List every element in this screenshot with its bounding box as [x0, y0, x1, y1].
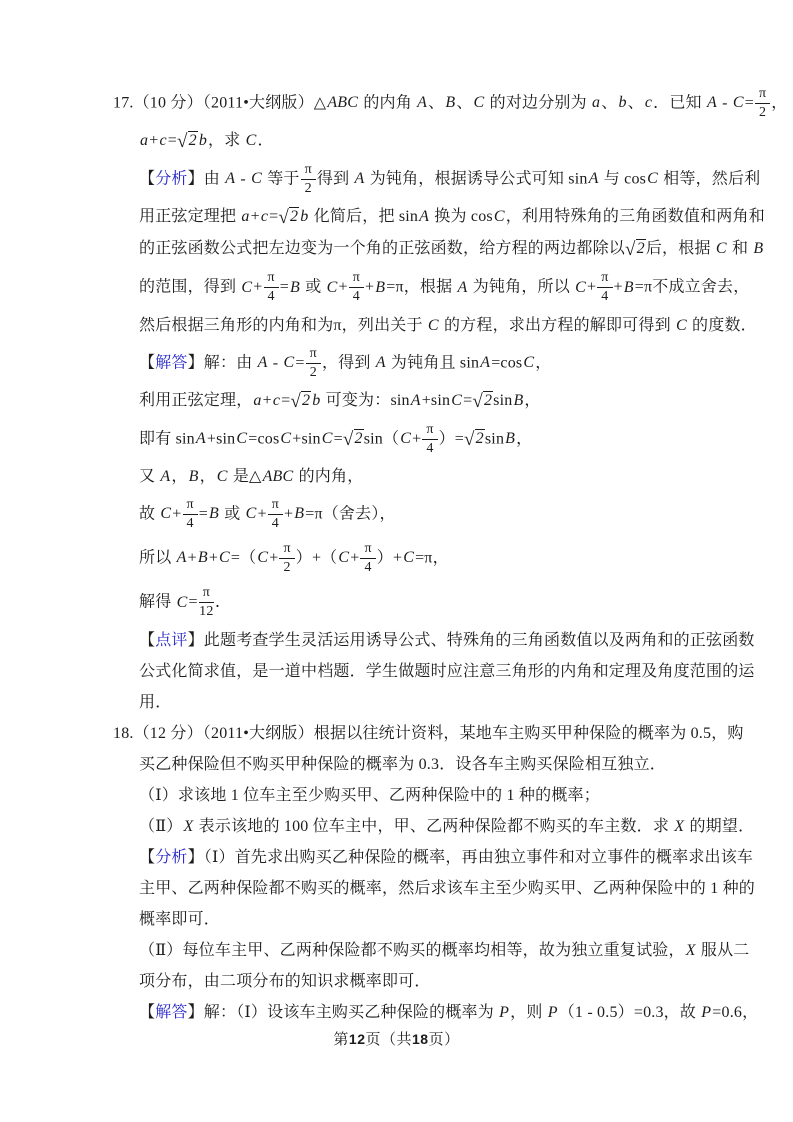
math-variable: A — [159, 468, 171, 485]
text-run: = — [168, 132, 177, 149]
math-variable: C — [715, 240, 728, 257]
fraction: π4 — [268, 497, 283, 532]
text-run: ． — [258, 132, 274, 149]
radicand: 2 — [289, 207, 299, 225]
text-run: 然后根据三角形的内角和为π，列出关于 — [139, 317, 427, 334]
text-line: 用正弦定理把 a+c=√2b 化简后，把 sinA 换为 cosC，利用特殊角的… — [113, 206, 698, 229]
text-run: ，求 — [208, 132, 245, 149]
math-variable: C — [283, 354, 296, 371]
section-label-text: 分析 — [155, 170, 187, 187]
text-run: ）= — [439, 430, 464, 447]
text-run: 用． — [139, 694, 171, 711]
math-variable: A — [176, 549, 188, 566]
math-variable: c — [260, 208, 269, 225]
text-line: 【分析】（Ⅰ）首先求出购买乙种保险的概率，再由独立事件和对立事件的概率求出该车 — [113, 847, 698, 869]
text-run: 和 — [728, 240, 753, 257]
text-run: ）+ — [377, 549, 402, 566]
square-root: √2 — [177, 132, 198, 149]
fraction-numerator: π — [349, 270, 364, 288]
math-variable: A — [375, 354, 387, 371]
text-run: + — [587, 279, 596, 296]
text-run: +sin — [292, 430, 321, 447]
text-line: 解得 C=π12． — [113, 585, 698, 620]
math-variable: B — [289, 279, 301, 296]
text-run: sin — [493, 392, 512, 409]
document-content: 17.（10 分）（2011•大纲版）△ABC 的内角 A、B、C 的对边分别为… — [113, 86, 698, 1033]
text-run: 利用正弦定理， — [139, 392, 252, 409]
square-root: √2 — [625, 240, 646, 257]
radicand: 2 — [475, 429, 485, 447]
fraction: π2 — [306, 346, 321, 381]
math-variable: C — [337, 549, 350, 566]
text-run: 解得 — [139, 594, 176, 611]
text-run: 的期望． — [685, 818, 754, 835]
fraction-numerator: π — [360, 541, 375, 559]
text-run: + — [253, 279, 262, 296]
math-variable: C — [732, 94, 745, 111]
text-run: 化简后，把 sin — [309, 208, 418, 225]
text-run: =π， — [415, 549, 449, 566]
text-run: = — [295, 354, 304, 371]
math-variable: B — [188, 468, 200, 485]
math-variable: B — [752, 240, 764, 257]
text-run: 】解：由 — [188, 354, 257, 371]
square-root: √2 — [472, 392, 493, 409]
fraction: π4 — [183, 497, 198, 532]
fraction: π4 — [360, 541, 375, 576]
footer-page-number: 12 — [349, 1031, 366, 1047]
fraction-denominator: 2 — [755, 104, 770, 121]
fraction-denominator: 2 — [279, 559, 294, 576]
math-variable: C — [473, 94, 486, 111]
fraction-denominator: 4 — [597, 288, 612, 305]
math-variable: B — [504, 430, 516, 447]
text-run: + — [284, 505, 293, 522]
text-line: 然后根据三角形的内角和为π，列出关于 C 的方程，求出方程的解即可得到 C 的度… — [113, 315, 698, 337]
text-line: （Ⅰ）求该地 1 位车主至少购买甲、乙两种保险中的 1 种的概率； — [113, 785, 698, 807]
fraction-denominator: 4 — [264, 288, 279, 305]
text-run: 买乙种保险但不购买甲种保险的概率为 0.3．设各车主购买保险相互独立． — [139, 756, 666, 773]
text-run: +sin — [207, 430, 236, 447]
text-run: =π不成立舍去， — [635, 279, 750, 296]
math-variable: b — [311, 392, 321, 409]
square-root: √2 — [290, 392, 311, 409]
text-line: 主甲、乙两种保险都不购买的概率，然后求该车主至少购买甲、乙两种保险中的 1 种的 — [113, 878, 698, 900]
math-variable: C — [216, 468, 229, 485]
fraction: π12 — [199, 585, 214, 620]
text-run: （Ⅰ）求该地 1 位车主至少购买甲、乙两种保险中的 1 种的概率； — [139, 787, 600, 804]
math-variable: C — [675, 317, 688, 334]
section-label-text: 解答 — [155, 354, 187, 371]
text-run: 与 cos — [600, 170, 647, 187]
text-run: + — [412, 430, 421, 447]
radicand: 2 — [354, 429, 364, 447]
text-line: 【解答】解：由 A - C=π2，得到 A 为钝角且 sinA=cosC， — [113, 346, 698, 381]
text-run: sin（ — [364, 430, 399, 447]
math-variable: C — [326, 279, 339, 296]
text-run: ， — [171, 468, 187, 485]
text-run: 的度数． — [688, 317, 757, 334]
text-run: 【 — [139, 849, 155, 866]
math-variable: C — [427, 317, 440, 334]
text-line: 17.（10 分）（2011•大纲版）△ABC 的内角 A、B、C 的对边分别为… — [113, 86, 698, 121]
text-line: 的范围，得到 C+π4=B 或 C+π4+B=π，根据 A 为钝角，所以 C+π… — [113, 270, 698, 305]
math-variable: A — [354, 170, 366, 187]
fraction-denominator: 4 — [349, 288, 364, 305]
radicand: 2 — [188, 131, 198, 149]
math-variable: C — [218, 549, 231, 566]
math-variable: C — [522, 354, 535, 371]
math-variable: a — [139, 132, 149, 149]
text-run: =（ — [231, 549, 256, 566]
math-variable: C — [493, 208, 506, 225]
text-run: 为钝角，所以 — [469, 279, 575, 296]
text-run: 主甲、乙两种保险都不购买的概率，然后求该车主至少购买甲、乙两种保险中的 1 种的 — [139, 880, 755, 897]
text-run: 【 — [139, 354, 155, 371]
math-variable: P — [700, 1004, 712, 1021]
text-run: +sin — [422, 392, 451, 409]
text-run: ）+（ — [296, 549, 338, 566]
radical-sign: √ — [290, 391, 301, 412]
text-run: 后，根据 — [646, 240, 715, 257]
text-run: 故 — [139, 505, 159, 522]
text-run: + — [209, 549, 218, 566]
text-run: = — [463, 392, 472, 409]
text-run: 、 — [428, 94, 444, 111]
text-line: 用． — [113, 692, 698, 714]
fraction-numerator: π — [183, 497, 198, 515]
text-run: - — [236, 170, 250, 187]
math-variable: X — [673, 818, 685, 835]
text-line: 故 C+π4=B 或 C+π4+B=π（舍去）， — [113, 497, 698, 532]
text-line: 即有 sinA+sinC=cosC+sinC=√2sin（C+π4）=√2sin… — [113, 422, 698, 457]
text-line: 【分析】由 A - C 等于π2得到 A 为钝角，根据诱导公式可知 sinA 与… — [113, 162, 698, 197]
text-run: + — [339, 279, 348, 296]
text-run: 、 — [628, 94, 644, 111]
text-run: 的方程，求出方程的解即可得到 — [440, 317, 675, 334]
math-variable: C — [321, 430, 334, 447]
text-run: ， — [200, 468, 216, 485]
text-run: 】解：（Ⅰ）设该车主购买乙种保险的概率为 — [188, 1004, 499, 1021]
footer-mid: 页（共 — [365, 1032, 412, 1048]
section-label-text: 点评 — [155, 632, 187, 649]
math-variable: A — [588, 170, 600, 187]
footer-suffix: 页） — [429, 1032, 460, 1048]
math-variable: a — [240, 208, 250, 225]
math-variable: C — [279, 430, 292, 447]
text-line: 18.（12 分）（2011•大纲版）根据以往统计资料，某地车主购买甲种保险的概… — [113, 723, 698, 745]
fraction-numerator: π — [268, 497, 283, 515]
text-run: 、 — [456, 94, 472, 111]
text-run: 为钝角且 sin — [387, 354, 479, 371]
text-run: + — [188, 549, 197, 566]
text-line: 公式化简求值，是一道中档题．学生做题时应注意三角形的内角和定理及角度范围的运 — [113, 661, 698, 683]
text-line: 又 A，B，C 是△ABC 的内角， — [113, 466, 698, 488]
text-run: 概率即可． — [139, 911, 220, 928]
radical-sign: √ — [464, 429, 475, 450]
text-run: ，利用特殊角的三角函数值和两角和 — [506, 208, 765, 225]
math-variable: B — [293, 505, 305, 522]
square-root: √2 — [464, 430, 485, 447]
math-variable: A — [257, 354, 269, 371]
math-variable: C — [256, 549, 269, 566]
text-run: + — [614, 279, 623, 296]
text-run: 的内角， — [294, 468, 363, 485]
text-run: 换为 cos — [430, 208, 493, 225]
text-run: 、 — [601, 94, 617, 111]
math-variable: A — [706, 94, 718, 111]
radical-sign: √ — [343, 429, 354, 450]
math-variable: A — [224, 170, 236, 187]
text-run: （Ⅱ）每位车主甲、乙两种保险都不购买的概率均相等，故为独立重复试验， — [139, 942, 685, 959]
math-variable: a — [591, 94, 601, 111]
text-run: = — [280, 279, 289, 296]
text-line: 利用正弦定理，a+c=√2b 可变为：sinA+sinC=√2sinB， — [113, 390, 698, 413]
text-run: 】（Ⅰ）首先求出购买乙种保险的概率，再由独立事件和对立事件的概率求出该车 — [188, 849, 754, 866]
math-variable: ABC — [262, 468, 295, 485]
text-run: 可变为：sin — [321, 392, 409, 409]
text-run: 服从二 — [697, 942, 750, 959]
math-variable: C — [250, 170, 263, 187]
text-run: ，得到 — [322, 354, 375, 371]
document-page: 17.（10 分）（2011•大纲版）△ABC 的内角 A、B、C 的对边分别为… — [0, 0, 793, 1122]
math-variable: b — [617, 94, 627, 111]
fraction-numerator: π — [301, 162, 316, 180]
text-run: 即有 sin — [139, 430, 195, 447]
math-variable: c — [272, 392, 281, 409]
text-run: 的正弦函数公式把左边变为一个角的正弦函数，给方程的两边都除以 — [139, 240, 625, 257]
math-variable: C — [176, 594, 189, 611]
math-variable: X — [685, 942, 697, 959]
math-variable: ABC — [326, 94, 359, 111]
text-run: 【 — [139, 632, 155, 649]
fraction: π4 — [264, 270, 279, 305]
math-variable: A — [418, 208, 430, 225]
text-run: 相等，然后利 — [659, 170, 760, 187]
text-run: = — [269, 208, 278, 225]
text-run: =cos — [248, 430, 279, 447]
fraction-numerator: π — [306, 346, 321, 364]
text-run: ． — [215, 594, 231, 611]
text-run: 或 — [301, 279, 326, 296]
math-variable: B — [197, 549, 209, 566]
text-run: 用正弦定理把 — [139, 208, 240, 225]
text-line: 概率即可． — [113, 909, 698, 931]
math-variable: B — [374, 279, 386, 296]
text-line: 项分布，由二项分布的知识求概率即可． — [113, 971, 698, 993]
fraction-denominator: 4 — [360, 559, 375, 576]
text-run: =0.6， — [712, 1004, 758, 1021]
text-run: ， — [771, 94, 787, 111]
radical-sign: √ — [177, 131, 188, 152]
text-run: = — [281, 392, 290, 409]
text-run: 】由 — [188, 170, 225, 187]
text-run: =π，根据 — [386, 279, 456, 296]
footer-total-pages: 18 — [412, 1031, 429, 1047]
text-run: ，则 — [510, 1004, 547, 1021]
footer-prefix: 第 — [333, 1032, 349, 1048]
section-label-text: 解答 — [155, 1004, 187, 1021]
text-run: + — [258, 505, 267, 522]
section-label-text: 分析 — [155, 849, 187, 866]
math-variable: b — [198, 132, 208, 149]
text-run: 为钝角，根据诱导公式可知 sin — [366, 170, 588, 187]
fraction-numerator: π — [422, 422, 437, 440]
text-run: - — [718, 94, 732, 111]
math-variable: A — [416, 94, 428, 111]
math-variable: C — [159, 505, 172, 522]
fraction: π4 — [422, 422, 437, 457]
math-variable: B — [444, 94, 456, 111]
text-run: + — [251, 208, 260, 225]
math-variable: c — [158, 132, 167, 149]
text-run: （Ⅱ） — [139, 818, 182, 835]
text-run: 公式化简求值，是一道中档题．学生做题时应注意三角形的内角和定理及角度范围的运 — [139, 663, 755, 680]
text-run: =cos — [491, 354, 522, 371]
text-run: 所以 — [139, 549, 176, 566]
text-run: =π（舍去）， — [305, 505, 396, 522]
text-line: 的正弦函数公式把左边变为一个角的正弦函数，给方程的两边都除以√2后，根据 C 和… — [113, 238, 698, 261]
text-run: + — [365, 279, 374, 296]
fraction-numerator: π — [199, 585, 214, 603]
text-line: （Ⅱ）X 表示该地的 100 位车主中，甲、乙两种保险都不购买的车主数．求 X … — [113, 816, 698, 838]
fraction-denominator: 4 — [422, 440, 437, 457]
text-run: 18.（12 分）（2011•大纲版）根据以往统计资料，某地车主购买甲种保险的概… — [113, 725, 744, 742]
radicand: 2 — [301, 391, 311, 409]
text-run: 或 — [220, 505, 245, 522]
text-run: 【 — [139, 1004, 155, 1021]
text-run: + — [269, 549, 278, 566]
math-variable: P — [498, 1004, 510, 1021]
text-run: + — [350, 549, 359, 566]
fraction-numerator: π — [264, 270, 279, 288]
text-run: 【 — [139, 170, 155, 187]
text-run: 是△ — [229, 468, 262, 485]
math-variable: C — [574, 279, 587, 296]
text-run: 项分布，由二项分布的知识求概率即可． — [139, 973, 431, 990]
fraction: π2 — [301, 162, 316, 197]
text-run: sin — [485, 430, 504, 447]
radical-sign: √ — [625, 239, 636, 260]
math-variable: c — [644, 94, 653, 111]
math-variable: B — [623, 279, 635, 296]
math-variable: C — [399, 430, 412, 447]
math-variable: A — [195, 430, 207, 447]
math-variable: C — [245, 132, 258, 149]
text-run: = — [188, 594, 197, 611]
text-run: = — [745, 94, 754, 111]
text-run: 表示该地的 100 位车主中，甲、乙两种保险都不购买的车主数．求 — [194, 818, 673, 835]
radicand: 2 — [483, 391, 493, 409]
text-run: ， — [524, 392, 540, 409]
square-root: √2 — [343, 430, 364, 447]
math-variable: C — [646, 170, 659, 187]
text-line: 【解答】解：（Ⅰ）设该车主购买乙种保险的概率为 P，则 P（1 - 0.5）=0… — [113, 1002, 698, 1024]
text-run: - — [269, 354, 283, 371]
math-variable: B — [512, 392, 524, 409]
text-run: 的对边分别为 — [485, 94, 591, 111]
text-run: 的内角 — [359, 94, 416, 111]
text-run: 等于 — [263, 170, 300, 187]
math-variable: C — [235, 430, 248, 447]
text-run: 】此题考查学生灵活运用诱导公式、特殊角的三角函数值以及两角和的正弦函数 — [188, 632, 755, 649]
fraction-numerator: π — [755, 86, 770, 104]
text-run: = — [199, 505, 208, 522]
math-variable: C — [240, 279, 253, 296]
text-run: ， — [535, 354, 551, 371]
text-run: 又 — [139, 468, 159, 485]
fraction: π4 — [349, 270, 364, 305]
math-variable: X — [182, 818, 194, 835]
math-variable: a — [252, 392, 262, 409]
square-root: √2 — [278, 208, 299, 225]
radicand: 2 — [636, 239, 646, 257]
fraction: π2 — [755, 86, 770, 121]
text-run: 得到 — [317, 170, 354, 187]
page-footer: 第12页（共18页） — [0, 1028, 793, 1049]
fraction-denominator: 4 — [268, 515, 283, 532]
text-run: + — [172, 505, 181, 522]
text-line: （Ⅱ）每位车主甲、乙两种保险都不购买的概率均相等，故为独立重复试验，X 服从二 — [113, 940, 698, 962]
radical-sign: √ — [472, 391, 483, 412]
fraction: π4 — [597, 270, 612, 305]
math-variable: P — [547, 1004, 559, 1021]
text-run: + — [263, 392, 272, 409]
text-run: 17.（10 分）（2011•大纲版）△ — [113, 94, 326, 111]
text-run: = — [334, 430, 343, 447]
math-variable: A — [479, 354, 491, 371]
text-run: （1 - 0.5）=0.3，故 — [559, 1004, 701, 1021]
text-line: 买乙种保险但不购买甲种保险的概率为 0.3．设各车主购买保险相互独立． — [113, 754, 698, 776]
text-line: 【点评】此题考查学生灵活运用诱导公式、特殊角的三角函数值以及两角和的正弦函数 — [113, 630, 698, 652]
fraction-numerator: π — [279, 541, 294, 559]
fraction-denominator: 4 — [183, 515, 198, 532]
fraction-denominator: 2 — [306, 364, 321, 381]
text-line: 所以 A+B+C=（C+π2）+（C+π4）+C=π， — [113, 541, 698, 576]
text-run: 的范围，得到 — [139, 279, 240, 296]
math-variable: B — [208, 505, 220, 522]
fraction-numerator: π — [597, 270, 612, 288]
math-variable: C — [450, 392, 463, 409]
radical-sign: √ — [278, 207, 289, 228]
text-run: ， — [516, 430, 532, 447]
math-variable: A — [410, 392, 422, 409]
fraction-denominator: 2 — [301, 180, 316, 197]
math-variable: A — [457, 279, 469, 296]
fraction: π2 — [279, 541, 294, 576]
text-run: ．已知 — [653, 94, 706, 111]
math-variable: b — [299, 208, 309, 225]
text-line: a+c=√2b，求 C． — [113, 130, 698, 153]
math-variable: C — [245, 505, 258, 522]
math-variable: C — [402, 549, 415, 566]
fraction-denominator: 12 — [199, 603, 214, 620]
